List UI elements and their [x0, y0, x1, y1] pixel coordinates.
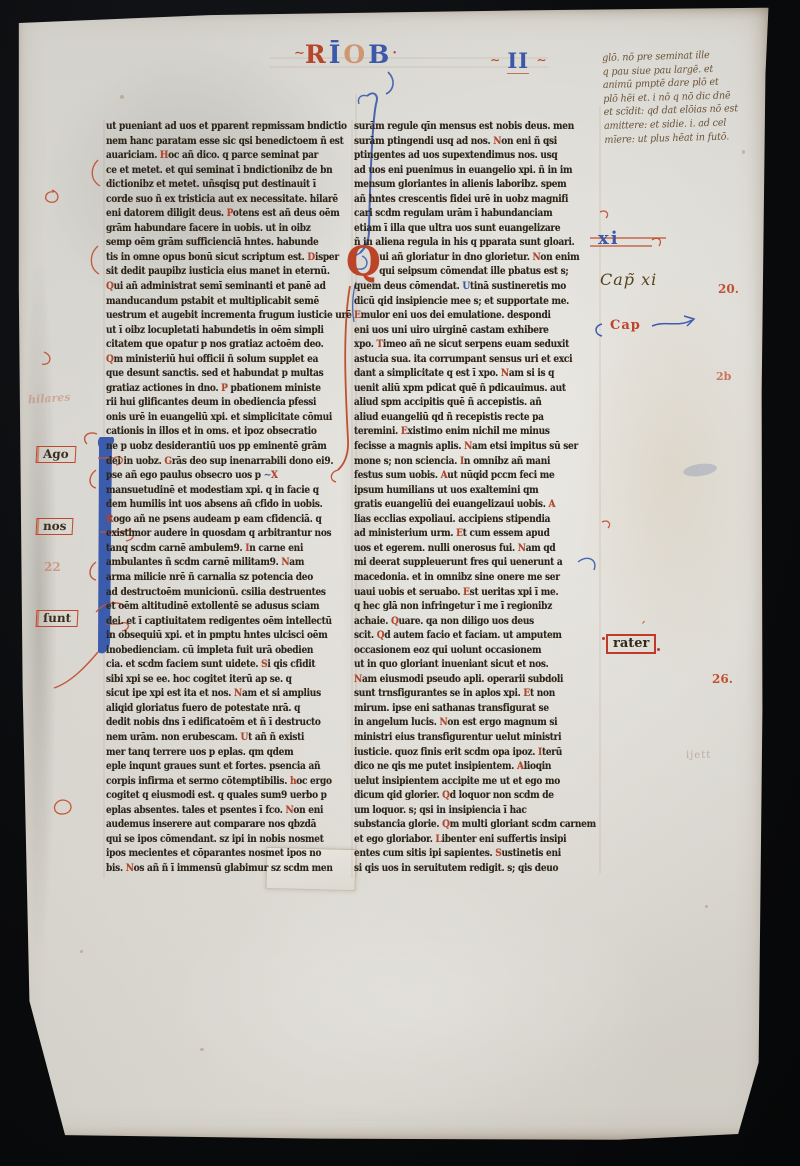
- text-line: uelut insipientem accipite me ut et ego …: [354, 775, 602, 790]
- text-line: ipsum humilians ut uos exaltemini qm: [354, 484, 602, 499]
- text-line: corde suo ñ ex tristicia aut ex necessit…: [106, 193, 354, 208]
- faded-margin-word: hilares: [28, 391, 71, 407]
- text-line: uaui uobis et seruabo. Est ueritas xpi ī…: [354, 586, 602, 601]
- chapter-numeral: ∼ II ∼: [490, 48, 546, 73]
- text-line: ce et metet. et qui seminat ī bndictioni…: [106, 164, 354, 179]
- text-line: eplas absentes. tales et psentes ī fco. …: [106, 804, 354, 819]
- text-line: pse añ ego paulus obsecro uos p ∼X: [106, 469, 354, 484]
- text-line: ut pueniant ad uos et pparent repmissam …: [106, 120, 354, 135]
- running-title: ∼RĪOB·: [294, 40, 397, 69]
- text-line: semp oēm grām sufficienciā hntes. habund…: [106, 236, 354, 251]
- text-line: in obsequiū xpi. et in pmptu hntes ulcis…: [106, 629, 354, 644]
- text-line: audemus inserere aut comparare nos qbzdā: [106, 818, 354, 833]
- text-line: achaie. Quare. qa non diligo uos deus: [354, 615, 602, 630]
- text-line: existimor audere in quosdam q arbitrantu…: [106, 527, 354, 542]
- text-line: eni uos uni uiro uirginē castam exhibere: [354, 324, 602, 339]
- text-line: cari scdm regulam urām ī habundanciam: [354, 207, 602, 222]
- text-line: mirum. ipse eni sathanas transfigurat se: [354, 702, 602, 717]
- text-line: et ego gloriabor. Libenter eni suffertis…: [354, 833, 602, 848]
- margin-tag-sunt: ſunt: [36, 610, 79, 627]
- text-line: gratis euangeliū dei euangelizaui uobis.…: [354, 498, 602, 513]
- text-line: dei. et ī captiuitatem redigentes oēm in…: [106, 615, 354, 630]
- text-column-left: ut pueniant ad uos et pparent repmissam …: [106, 120, 354, 876]
- rubric-flourish: ∼: [536, 53, 546, 67]
- text-line: dictionibz et metet. uñsqisq put destina…: [106, 178, 354, 193]
- foxing-dot: [80, 950, 83, 953]
- folio-number: 20.: [718, 282, 739, 296]
- text-line: macedonia. et in omnibz sine onere me se…: [354, 571, 602, 586]
- text-line: si qis uos in seruitutem redigit. s; qis…: [354, 862, 602, 877]
- text-line: dicū qid insipiencie mee s; et supportat…: [354, 295, 602, 310]
- text-line: mone s; non sciencia. In omnibz añ mani: [354, 455, 602, 470]
- text-line: ambulantes ñ scdm carnē militam9. Nam: [106, 556, 354, 571]
- text-line: arma milicie nrē ñ carnalia sz potencia …: [106, 571, 354, 586]
- text-line: surām ptingendi usq ad nos. Non eni ñ qs…: [354, 135, 602, 150]
- margin-number-22: 22: [44, 560, 61, 574]
- chapter-numeral-text: II: [507, 48, 529, 74]
- text-line: citatem que opatur p nos gratiaz actoēm …: [106, 338, 354, 353]
- text-line: ui añ gloriatur in dno glorietur. Non en…: [354, 251, 602, 266]
- text-line: lias ecclias expoliaui. accipiens stipen…: [354, 513, 602, 528]
- parchment-fold-shadow: [22, 266, 56, 946]
- marginal-gloss: glō. nō pre seminat illeq pau siue pau l…: [602, 47, 770, 147]
- text-line: um loquor. s; qsi in insipiencia ī hac: [354, 804, 602, 819]
- text-line: ministri eius transfigurentur uelut mini…: [354, 731, 602, 746]
- text-line: nem hanc paratam esse sic qsi benedictoe…: [106, 135, 354, 150]
- text-line: iusticie. quoz finis erit scdm opa ipoz.…: [354, 746, 602, 761]
- text-line: ñ in aliena regula in his q pparata sunt…: [354, 236, 602, 251]
- running-title-letter: Ī: [329, 40, 344, 69]
- text-line: sicut ipe xpi est ita et nos. Nam et si …: [106, 687, 354, 702]
- frater-tag: rater: [606, 634, 656, 654]
- margin-tag-ego: Ago: [36, 446, 77, 463]
- text-line: aliud spm accipitis quē ñ accepistis. añ: [354, 396, 602, 411]
- text-line: inobedienciam. cū impleta fuit urā obedi…: [106, 644, 354, 659]
- text-line: uenit aliū xpm pdicat quē ñ pdicauimus. …: [354, 382, 602, 397]
- ink-smudge: [682, 462, 717, 479]
- text-line: mer tanq terrere uos p eplas. qm qdem: [106, 746, 354, 761]
- text-line: dem humilis int uos absens añ cfido in u…: [106, 498, 354, 513]
- text-line: mansuetudinē et modestiam xpi. q in faci…: [106, 484, 354, 499]
- text-line: Rogo añ ne psens audeam p eam cfidenciā.…: [106, 513, 354, 528]
- margin-mark-2b: 2b: [716, 370, 731, 383]
- text-line: aliud euangeliū qd ñ recepistis recte pa: [354, 411, 602, 426]
- text-line: tanq scdm carnē ambulem9. In carne eni: [106, 542, 354, 557]
- text-line: dedit nobis dns ī edificatoēm et ñ ī des…: [106, 716, 354, 731]
- text-line: bis. Nos añ ñ ī immensū glabimur sz scdm…: [106, 862, 354, 877]
- text-line: onis urē in euangeliū xpi. et simplicita…: [106, 411, 354, 426]
- foxing-dot: [742, 150, 745, 154]
- text-line: ad destructoēm municionū. csilia destrue…: [106, 586, 354, 601]
- foxing-dot: [705, 905, 708, 908]
- frater-caret: ´: [640, 620, 646, 634]
- cap-red-note: Cap: [610, 318, 641, 333]
- text-line: rii hui glificantes deum in obediencia p…: [106, 396, 354, 411]
- text-line: in angelum lucis. Non est ergo magnum si: [354, 716, 602, 731]
- text-line: q hec glā non infringetur ī me ī regioni…: [354, 600, 602, 615]
- cap-xi-note: Cap̃ xi: [600, 270, 657, 289]
- text-line: nem urām. non erubescam. Ut añ ñ existi: [106, 731, 354, 746]
- running-title-letter: ·: [392, 46, 397, 61]
- text-line: surām regule qīn mensus est nobis deus. …: [354, 120, 602, 135]
- text-line: ptingentes ad uos supextendimus nos. usq: [354, 149, 602, 164]
- initial-q: Q: [346, 244, 381, 280]
- text-line: cia. et scdm faciem sunt uidete. Si qis …: [106, 658, 354, 673]
- text-line: dicum qid glorier. Qd loquor non scdm de: [354, 789, 602, 804]
- text-line: ipos mecientes et cōparantes nosmet ipos…: [106, 847, 354, 862]
- photo-background: ∼RĪOB· ∼ II ∼ glō. nō pre seminat illeq …: [0, 0, 800, 1166]
- text-line: eple inqunt graues sunt et fortes. psenc…: [106, 760, 354, 775]
- text-line: dei in uobz. Grās deo sup inenarrabili d…: [106, 455, 354, 470]
- text-line: cationis in illos et in oms. et ipoz obs…: [106, 425, 354, 440]
- text-line: dant a simplicitate q est ī xpo. Nam si …: [354, 367, 602, 382]
- running-title-letter: R: [305, 40, 329, 69]
- text-line: eni datorem diligit deus. Potens est añ …: [106, 207, 354, 222]
- faded-inscription: ijett: [686, 750, 711, 761]
- text-line: mi deerat suppleuerunt fres qui uenerunt…: [354, 556, 602, 571]
- text-line: fecisse a magnis aplis. Nam etsi impitus…: [354, 440, 602, 455]
- text-line: quem deus cōmendat. Utinā sustineretis m…: [354, 280, 602, 295]
- parchment-stain: [182, 886, 642, 1116]
- text-line: xpo. Timeo añ ne sicut serpens euam sedu…: [354, 338, 602, 353]
- text-line: sunt trnsfigurantes se in aplos xpi. Et …: [354, 687, 602, 702]
- text-line: ne p uobz desiderantiū uos pp eminentē g…: [106, 440, 354, 455]
- text-line: tis in omne opus bonū sicut scriptum est…: [106, 251, 354, 266]
- text-line: festus sum uobis. Aut nūqid pccm feci me: [354, 469, 602, 484]
- text-line: ut ī oibz locupletati habundetis in oēm …: [106, 324, 354, 339]
- text-line: dico ne qis me putet insipientem. Alioqi…: [354, 760, 602, 775]
- text-line: auariciam. Hoc añ dico. q parce seminat …: [106, 149, 354, 164]
- text-line: Qm ministeriū hui officii ñ solum supple…: [106, 353, 354, 368]
- text-line: gratiaz actiones in dno. P pbationem min…: [106, 382, 354, 397]
- text-column-right: surām regule qīn mensus est nobis deus. …: [354, 120, 602, 876]
- text-line: teremini. Existimo enim nichil me minus: [354, 425, 602, 440]
- text-line: ad ministerium urm. Et cum essem apud: [354, 527, 602, 542]
- text-line: uos et egerem. nulli onerosus fui. Nam q…: [354, 542, 602, 557]
- text-line: ad uos eni puenimus in euangelio xpi. ñ …: [354, 164, 602, 179]
- running-title-letter: O: [343, 40, 368, 69]
- foxing-dot: [200, 1048, 204, 1051]
- text-line: substancia glorie. Qm multi gloriant scd…: [354, 818, 602, 833]
- chapter-xi-marker: xi: [598, 228, 620, 249]
- text-line: occasionem eoz qui uolunt occasionem: [354, 644, 602, 659]
- margin-tag-nos: nos: [36, 518, 74, 535]
- text-line: entes cum sitis ipi sapientes. Sustineti…: [354, 847, 602, 862]
- text-line: Emulor eni uos dei emulatione. despondi: [354, 309, 602, 324]
- foxing-dot: [120, 95, 124, 99]
- text-line: Qui añ administrat semī seminanti et pan…: [106, 280, 354, 295]
- text-line: astucia sua. ita corrumpant sensus uri e…: [354, 353, 602, 368]
- text-line: uestrum et augebit incrementa frugum ius…: [106, 309, 354, 324]
- text-line: qui se ipos cōmendant. sz ipi in nobis n…: [106, 833, 354, 848]
- text-line: sibi xpi se ee. hoc cogitet iterū ap se.…: [106, 673, 354, 688]
- text-line: manducandum pstabit et multiplicabit sem…: [106, 295, 354, 310]
- text-line: corpis infirma et sermo cōtemptibilis. h…: [106, 775, 354, 790]
- text-line: añ hntes crescentis fidei urē in uobz ma…: [354, 193, 602, 208]
- text-line: cogitet q eiusmodi est. q quales sum9 ue…: [106, 789, 354, 804]
- margin-number-26: 26.: [712, 672, 733, 686]
- text-line: qui seipsum cōmendat ille pbatus est s;: [354, 265, 602, 280]
- rubric-flourish: ∼: [490, 53, 500, 67]
- text-line: etiam ī illa que ultra uos sunt euangeli…: [354, 222, 602, 237]
- manuscript-leaf: ∼RĪOB· ∼ II ∼ glō. nō pre seminat illeq …: [12, 6, 770, 1142]
- text-line: et oēm altitudinē extollentē se adusus s…: [106, 600, 354, 615]
- text-line: Nam eiusmodi pseudo apli. operarii subdo…: [354, 673, 602, 688]
- running-title-letter: ∼: [294, 46, 305, 61]
- text-line: que desunt sanctis. sed et habundat p mu…: [106, 367, 354, 382]
- text-line: mensum gloriantes in alienis laboribz. s…: [354, 178, 602, 193]
- text-line: grām habundare facere in uobis. ut in oi…: [106, 222, 354, 237]
- text-line: sit dedit paupibz iusticia eius manet in…: [106, 265, 354, 280]
- text-line: aliqid gloriatus fuero de potestate nrā.…: [106, 702, 354, 717]
- running-title-letter: B: [368, 40, 392, 69]
- text-line: scit. Qd autem facio et faciam. ut amput…: [354, 629, 602, 644]
- text-line: ut in quo gloriant inueniant sicut et no…: [354, 658, 602, 673]
